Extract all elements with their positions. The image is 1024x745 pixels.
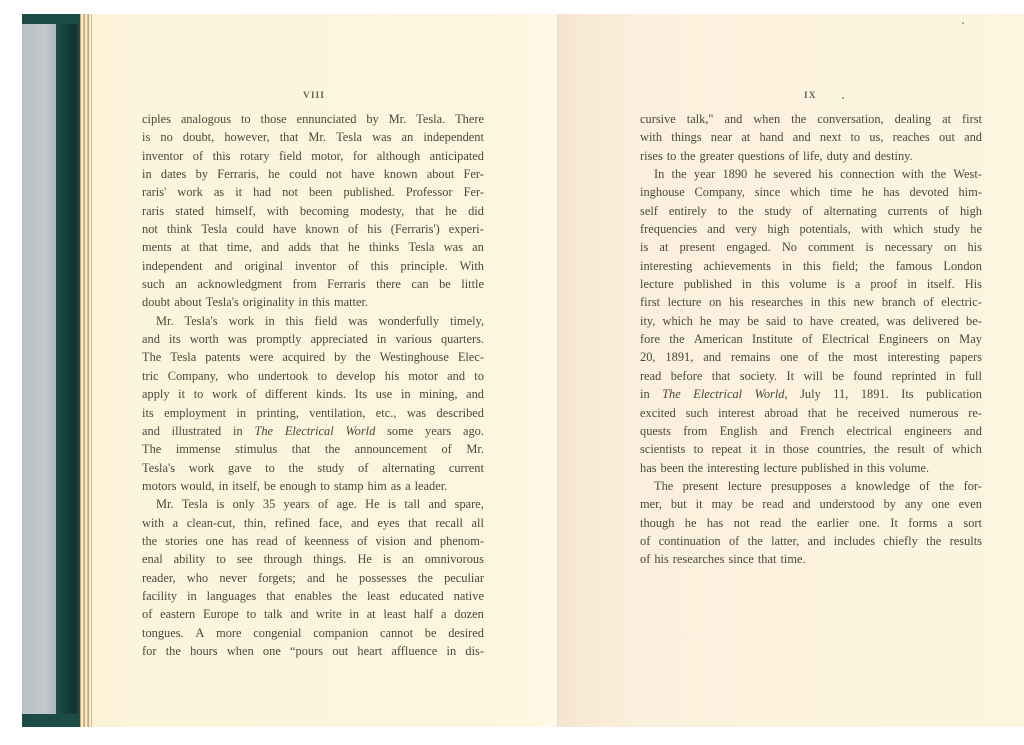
text-line: inTheElectricalWorld,July11,1891.Itspubl… — [640, 385, 982, 403]
text-line: ofeasternEuropetotalkandwriteinatleastha… — [142, 605, 484, 623]
text-line: interestingachievementsinthisfield;thefa… — [640, 257, 982, 275]
paper-speck — [962, 22, 964, 24]
text-line: cursivetalk,"andwhentheconversation,deal… — [640, 110, 982, 128]
text-line: withthingsnearathandandnexttous,reacheso… — [640, 128, 982, 146]
text-line: withaclean-cut,thin,refinedface,andeyest… — [142, 514, 484, 532]
text-line: Tesla'sworkgavetothestudyofalternatingcu… — [142, 459, 484, 477]
text-line: foretheAmericanInstituteofElectricalEngi… — [640, 330, 982, 348]
text-line: thestoriesonehasreadofkeennessofvisionan… — [142, 532, 484, 550]
text-line: frequenciesandveryhighpotentials,withwhi… — [640, 220, 982, 238]
text-line: reader,whoneverforgets;andhepossessesthe… — [142, 569, 484, 587]
text-line: facilityinlanguagesthatenablestheleasted… — [142, 587, 484, 605]
text-line: anditsworthwaspromptlyappreciatedinvario… — [142, 330, 484, 348]
text-line: indatesbyFerraris,hecouldnothaveknownabo… — [142, 165, 484, 183]
text-line: ity,whichhemaybesaidtohavecreated,wasdel… — [640, 312, 982, 330]
text-line: questsfromEnglishandFrenchelectricalengi… — [640, 422, 982, 440]
text-line: Mr.Tesla'sworkinthisfieldwaswonderfullyt… — [142, 312, 484, 330]
text-line: itsemploymentinprinting,ventilation,etc.… — [142, 404, 484, 422]
page-edges — [80, 14, 92, 727]
text-line: Intheyear1890heseveredhisconnectionwitht… — [640, 165, 982, 183]
text-line: firstlectureonhisresearchesinthisnewbran… — [640, 293, 982, 311]
text-line: raris'workasithadnotbeenpublished.Profes… — [142, 183, 484, 201]
text-line: mentsatthattime,andaddsthathethinksTesla… — [142, 238, 484, 256]
text-line: isnodoubt,however,thatMr.Teslawasanindep… — [142, 128, 484, 146]
text-line: doubtaboutTesla'soriginalityinthismatter… — [142, 293, 484, 311]
book-cover-bottom-edge — [22, 714, 82, 727]
text-line: suchanacknowledgmentfromFerraristherecan… — [142, 275, 484, 293]
text-line: 20,1891,andremainsoneofthemostinterestin… — [640, 348, 982, 366]
text-line: risestothegreaterquestionsoflife,dutyand… — [640, 147, 982, 165]
paper-speck — [842, 97, 844, 99]
text-line: enalabilitytoseethroughthings.Heisanomni… — [142, 550, 484, 568]
text-line: Mr.Teslaisonly35yearsofage.Heistallandsp… — [142, 495, 484, 513]
text-line: tricCompany,whoundertooktodevelophismoto… — [142, 367, 484, 385]
right-page: IX cursivetalk,"andwhentheconversation,d… — [557, 14, 1024, 727]
text-line: scientiststorepeatitinthosecountries,the… — [640, 440, 982, 458]
left-page-body: ciplesanalogoustothoseennunciatedbyMr.Te… — [142, 110, 484, 660]
text-line: excitedsuchinterestabroadthathereceivedn… — [640, 404, 982, 422]
text-line: hasbeentheinterestinglecturepublishedint… — [640, 459, 982, 477]
text-line: notthinkTeslacouldhaveknownofhis(Ferrari… — [142, 220, 484, 238]
text-line: applyittoworkofdifferentkinds.Itsuseinmi… — [142, 385, 484, 403]
text-line: readbeforethatsociety.Itwillbefoundrepri… — [640, 367, 982, 385]
text-line: TheimmensestimulusthattheannouncementofM… — [142, 440, 484, 458]
text-line: thoughhehasnotreadtheearlierone.Itformsa… — [640, 514, 982, 532]
text-line: lecturepublishedinthisvolumeisaproofinit… — [640, 275, 982, 293]
text-line: ofcontinuationofthelatter,andincludeschi… — [640, 532, 982, 550]
text-line: isatpresentengaged.Nocommentisnecessaryo… — [640, 238, 982, 256]
text-line: inghouseCompany,sincewhichtimehehasdevot… — [640, 183, 982, 201]
text-line: mer,butitmaybereadandunderstoodbyanyonee… — [640, 495, 982, 513]
book-cover-spine — [56, 14, 80, 727]
book-cover-top-edge — [22, 14, 82, 24]
text-line: Thepresentlecturepresupposesaknowledgeof… — [640, 477, 982, 495]
text-line: TheTeslapatentswereacquiredbytheWestingh… — [142, 348, 484, 366]
right-page-body: cursivetalk,"andwhentheconversation,deal… — [640, 110, 982, 569]
page-number-left: VIII — [303, 91, 325, 101]
book-scan: VIII ciplesanalogoustothoseennunciatedby… — [22, 14, 1024, 727]
gutter — [557, 14, 558, 727]
text-line: tongues.Amorecongenialcompanioncannotbed… — [142, 624, 484, 642]
text-line: ciplesanalogoustothoseennunciatedbyMr.Te… — [142, 110, 484, 128]
text-line: selfentirelytothestudyofalternatingcurre… — [640, 202, 982, 220]
text-line: motorswould,initself,beenoughtostamphima… — [142, 477, 484, 495]
text-line: andillustratedinTheElectricalWorldsomeye… — [142, 422, 484, 440]
page-number-right: IX — [804, 91, 817, 101]
text-line: ofhisresearchessincethattime. — [640, 550, 982, 568]
text-line: inventorofthisrotaryfieldmotor,foralthou… — [142, 147, 484, 165]
scanner-backdrop — [22, 14, 60, 727]
text-line: independentandoriginalinventorofthisprin… — [142, 257, 484, 275]
text-line: forthehourswhenone“poursoutheartaffluenc… — [142, 642, 484, 660]
left-page: VIII ciplesanalogoustothoseennunciatedby… — [92, 14, 559, 727]
text-line: rarisstatedhimself,withbecomingmodesty,t… — [142, 202, 484, 220]
